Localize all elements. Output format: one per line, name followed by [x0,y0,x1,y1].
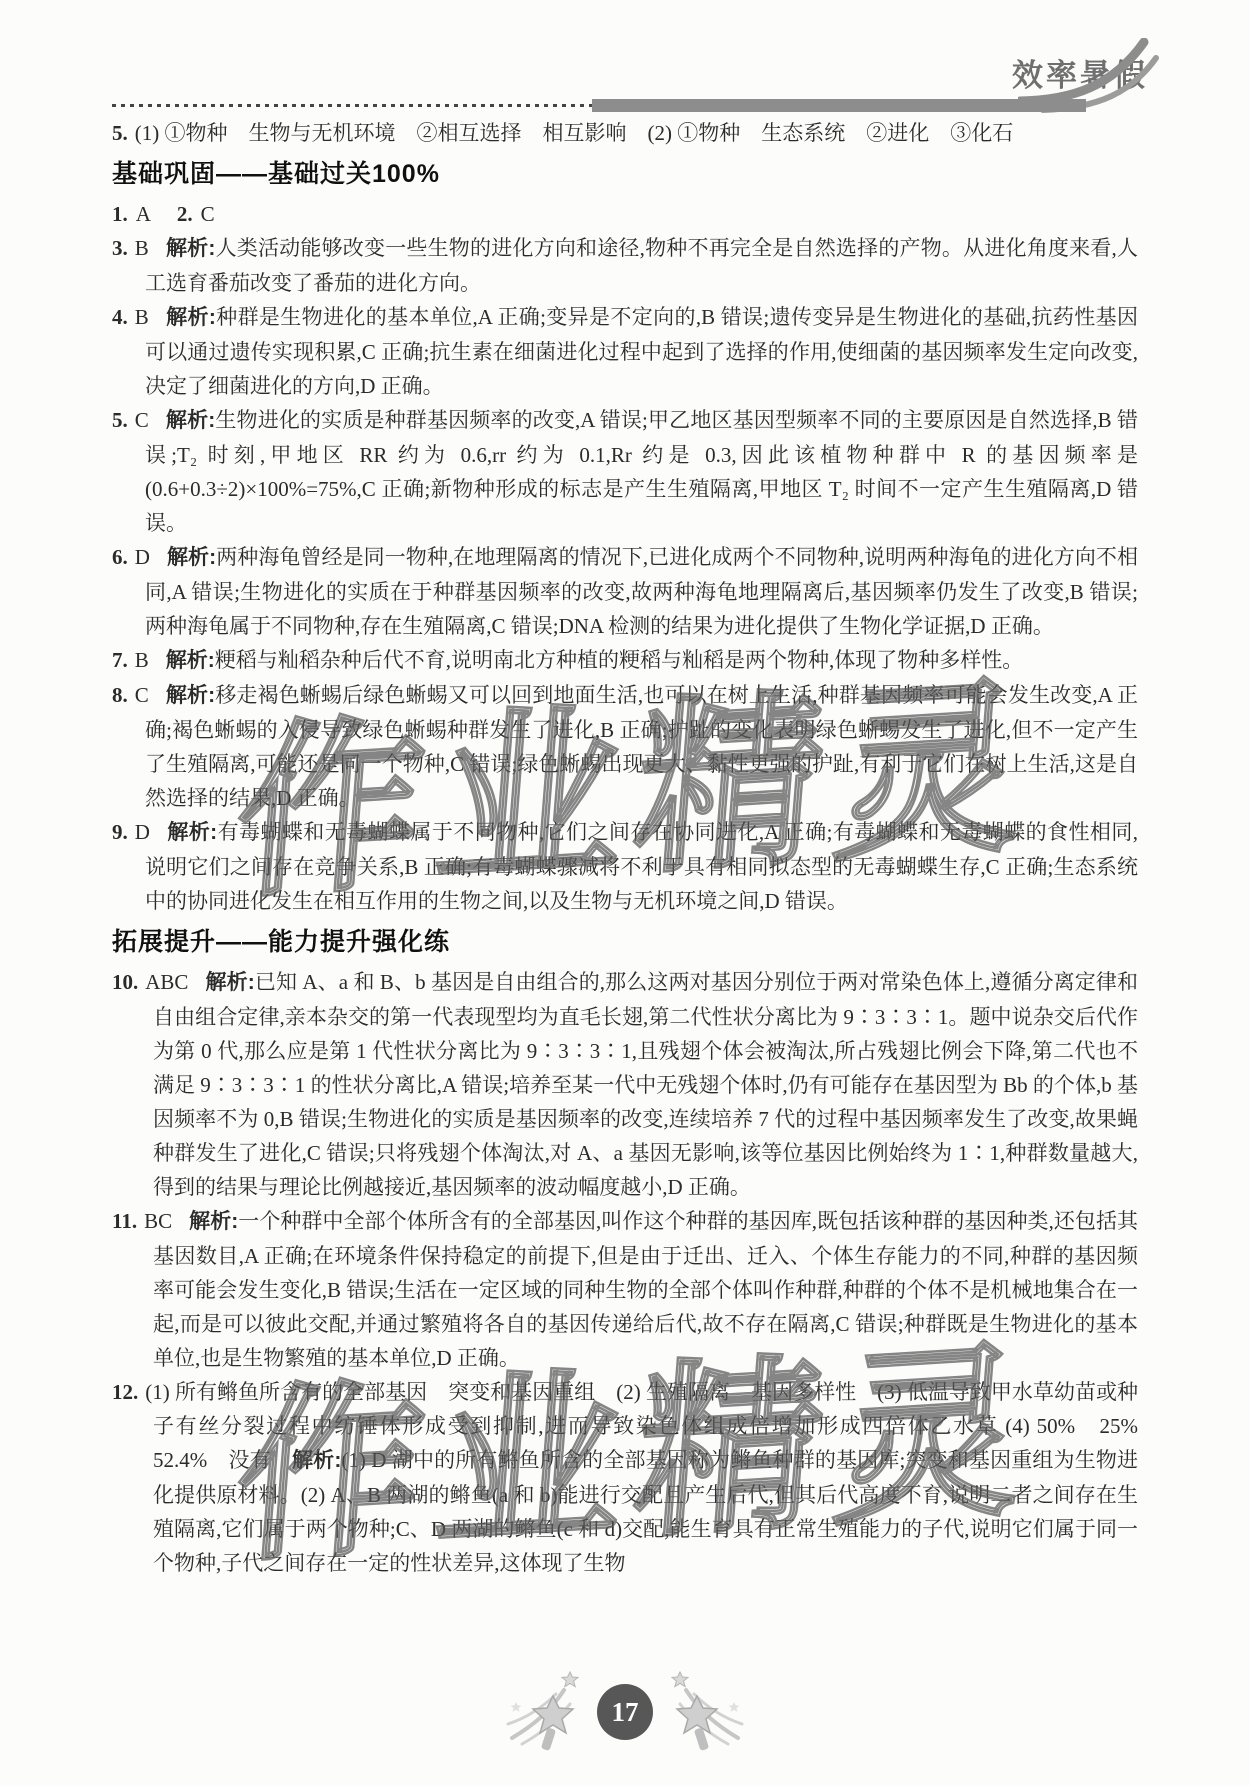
analysis-label: 解析: [166,409,215,432]
answer-letter: ABC [145,970,188,994]
answer-letter: B [135,236,149,260]
answer-item-9: 9.D解析:有毒蝴蝶和无毒蝴蝶属于不同物种,它们之间存在协同进化,A 正确;有毒… [112,815,1138,918]
analysis-text: 移走褐色蜥蜴后绿色蜥蜴又可以回到地面生活,也可以在树上生活,种群基因频率可能会发… [145,683,1138,810]
question-number: 11. [112,1209,137,1233]
firework-star-icon [660,1668,752,1754]
analysis-text: 生物进化的实质是种群基因频率的改变,A 错误;甲乙地区基因型频率不同的主要原因是… [145,408,1138,535]
answer-letter: C [135,408,149,432]
analysis-text: 种群是生物进化的基本单位,A 正确;变异是不定向的,B 错误;遗传变异是生物进化… [145,305,1138,398]
answer-text: (1) ①物种 生物与无机环境 ②相互选择 相互影响 (2) ①物种 生态系统 … [135,121,1013,145]
answer-item-6: 6.D解析:两种海龟曾经是同一物种,在地理隔离的情况下,已进化成两个不同物种,说… [112,540,1138,643]
answer-item-11: 11.BC解析:一个种群中全部个体所含有的全部基因,叫作这个种群的基因库,既包括… [112,1204,1138,1375]
section-title-advanced: 拓展提升——能力提升强化练 [112,921,1138,963]
answer-item-4: 4.B解析:种群是生物进化的基本单位,A 正确;变异是不定向的,B 错误;遗传变… [112,300,1138,403]
answer-letter: B [135,305,149,329]
question-number: 8. [112,683,128,707]
analysis-label: 解析: [167,546,216,569]
answer-letter: BC [144,1209,172,1233]
question-number: 3. [112,236,128,260]
question-number: 5. [112,121,128,145]
question-number: 6. [112,545,128,569]
answer-item-5: 5.C解析:生物进化的实质是种群基因频率的改变,A 错误;甲乙地区基因型频率不同… [112,403,1138,540]
answer-letter: D [135,820,150,844]
answer-item-8: 8.C解析:移走褐色蜥蜴后绿色蜥蜴又可以回到地面生活,也可以在树上生活,种群基因… [112,678,1138,815]
analysis-text: 有毒蝴蝶和无毒蝴蝶属于不同物种,它们之间存在协同进化,A 正确;有毒蝴蝶和无毒蝴… [145,820,1138,913]
analysis-label: 解析: [205,971,254,994]
analysis-label: 解析: [166,306,216,329]
firework-star-icon [498,1668,590,1754]
question-number: 12. [112,1380,138,1404]
analysis-text: 两种海龟曾经是同一物种,在地理隔离的情况下,已进化成两个不同物种,说明两种海龟的… [145,545,1138,638]
section-title-basics: 基础巩固——基础过关100% [112,153,1138,195]
answer-letter: C [135,683,149,707]
answer-item-10: 10.ABC解析:已知 A、a 和 B、b 基因是自由组合的,那么这两对基因分别… [112,965,1138,1204]
question-number: 5. [112,408,128,432]
question-number: 4. [112,305,128,329]
analysis-label: 解析: [166,649,215,672]
header-rule-bar [592,99,1086,112]
question-number: 1. [112,202,128,226]
question-number: 9. [112,820,128,844]
answer-item-12: 12.(1) 所有鳉鱼所含有的全部基因 突变和基因重组 (2) 生殖隔离 基因多… [112,1375,1138,1580]
question-number: 7. [112,648,128,672]
analysis-label: 解析: [166,237,216,260]
answer-letter: A [136,202,151,226]
analysis-label: 解析: [166,684,215,707]
analysis-text: 已知 A、a 和 B、b 基因是自由组合的,那么这两对基因分别位于两对常染色体上… [153,970,1138,1199]
dashed-rule [112,104,592,107]
analysis-label: 解析: [167,821,217,844]
answer-item-7: 7.B解析:粳稻与籼稻杂种后代不育,说明南北方种植的粳稻与籼稻是两个物种,体现了… [112,643,1138,678]
answer-item-5-carryover: 5.(1) ①物种 生物与无机环境 ②相互选择 相互影响 (2) ①物种 生态系… [112,116,1138,150]
analysis-label: 解析: [189,1210,238,1233]
analysis-text: 一个种群中全部个体所含有的全部基因,叫作这个种群的基因库,既包括该种群的基因种类… [153,1209,1138,1370]
answer-letter: B [135,648,149,672]
analysis-text: 人类活动能够改变一些生物的进化方向和途径,物种不再完全是自然选择的产物。从进化角… [145,236,1138,295]
question-number: 10. [112,970,138,994]
quick-answers-row: 1.A2.C [112,197,1138,231]
analysis-text: 粳稻与籼稻杂种后代不育,说明南北方种植的粳稻与籼稻是两个物种,体现了物种多样性。 [215,648,1024,672]
answer-item-3: 3.B解析:人类活动能够改变一些生物的进化方向和途径,物种不再完全是自然选择的产… [112,231,1138,300]
answer-letter: C [201,202,215,226]
answer-page-content: 5.(1) ①物种 生物与无机环境 ②相互选择 相互影响 (2) ①物种 生态系… [112,116,1138,1580]
page-number: 17 [597,1684,653,1740]
answer-letter: D [135,545,150,569]
question-number: 2. [177,202,193,226]
analysis-label: 解析: [292,1449,341,1472]
